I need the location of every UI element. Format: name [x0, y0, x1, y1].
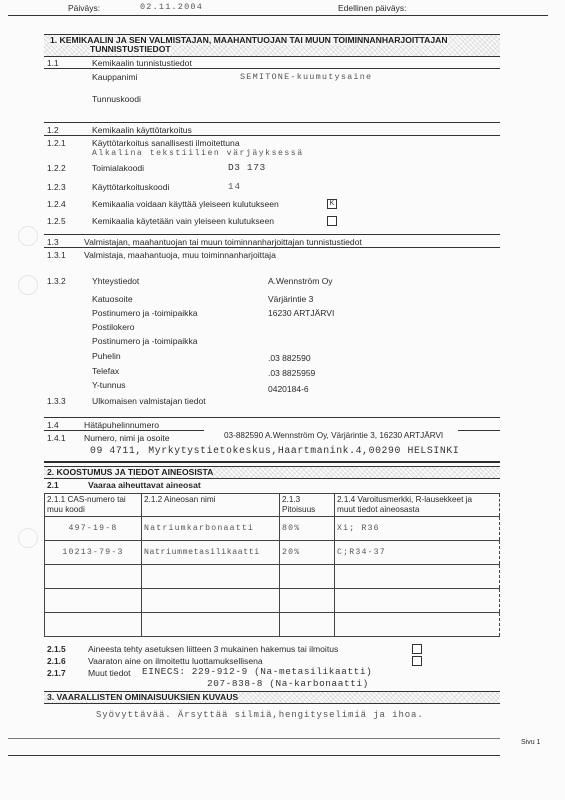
confidential-checkbox[interactable] [412, 656, 422, 666]
po-box-postal-code-label: Postinumero ja -toimipaikka [92, 336, 198, 346]
rule [44, 247, 500, 248]
previous-date-label: Edellinen päiväys: [338, 3, 407, 13]
trade-name-label: Kauppanimi [92, 72, 137, 82]
composition-table: 2.1.1 CAS-numero taimuu koodi 2.1.2 Aine… [44, 493, 500, 637]
street-address-label: Katuosoite [92, 294, 133, 304]
header-name: 2.1.2 Aineosan nimi [142, 494, 280, 517]
name-cell [142, 565, 280, 589]
trade-name-value: SEMITONE-kuumutysaine [240, 72, 372, 82]
section-number: 1.3.2 [47, 276, 66, 286]
section-1-title-line2: TUNNISTUSTIEDOT [90, 44, 171, 54]
header-text: muut tiedot aineosasta [337, 505, 497, 515]
section-number: 1.2.3 [47, 182, 66, 192]
name-cell [142, 613, 280, 637]
rule [44, 68, 500, 69]
section-number: 2.1.6 [47, 656, 66, 666]
postal-code-value: 16230 ARTJÄRVI [268, 308, 334, 318]
einecs-value-2: 207-838-8 (Na-karbonaatti) [207, 678, 369, 689]
section-2-banner: 2. KOOSTUMUS JA TIEDOT AINEOSISTA [44, 466, 500, 479]
punch-hole-mark [18, 528, 38, 548]
section-1-2-title: Kemikaalin käyttötarkoitus [92, 125, 192, 135]
section-2-1-title: Vaaraa aiheuttavat aineosat [88, 480, 201, 490]
header-text: 2.1.2 Aineosan nimi [144, 495, 277, 505]
concentration-cell [280, 565, 335, 589]
cas-cell [45, 565, 142, 589]
intended-use-label: Käyttötarkoitus sanallisesti ilmoitettun… [92, 138, 240, 148]
footer-rule [8, 755, 500, 756]
industry-code-label: Toimialakoodi [92, 163, 144, 173]
page-number: Sivu 1 [521, 739, 540, 746]
table-row [45, 613, 500, 637]
header-rule [8, 15, 548, 16]
industry-code-value: D3 173 [228, 162, 266, 173]
header-concentration: 2.1.3Pitoisuus [280, 494, 335, 517]
application-notice-label: Aineesta tehty asetuksen liitteen 3 muka… [88, 644, 338, 654]
section-number: 1.2.1 [47, 138, 66, 148]
cas-cell: 10213-79-3 [45, 541, 142, 565]
consumer-use-only-checkbox[interactable] [327, 216, 337, 226]
section-number: 1.3.1 [47, 250, 66, 260]
header-warnings: 2.1.4 Varoitusmerkki, R-lausekkeet jamuu… [335, 494, 500, 517]
warning-cell [335, 565, 500, 589]
contact-value: A.Wennström Oy [268, 276, 333, 286]
einecs-value-1: EINECS: 229-912-9 (Na-metasilikaatti) [142, 666, 372, 677]
punch-hole-mark [18, 226, 38, 246]
section-number: 2.1.5 [47, 644, 66, 654]
footer-rule [8, 738, 500, 739]
header-text: muu koodi [47, 505, 139, 515]
cas-cell: 497-19-8 [45, 517, 142, 541]
consumer-use-allowed-label: Kemikaalia voidaan käyttää yleiseen kulu… [92, 199, 279, 209]
section-2-title: 2. KOOSTUMUS JA TIEDOT AINEOSISTA [47, 467, 213, 477]
consumer-use-allowed-checkbox[interactable]: K [327, 199, 337, 209]
fax-label: Telefax [92, 366, 119, 376]
rule [44, 461, 500, 463]
foreign-manufacturer-label: Ulkomaisen valmistajan tiedot [92, 396, 206, 406]
section-number: 1.1 [47, 58, 59, 68]
section-number: 1.3.3 [47, 396, 66, 406]
header-text: 2.1.3 [282, 495, 332, 505]
application-notice-checkbox[interactable] [412, 644, 422, 654]
emergency-number-value-2: 09 4711, Myrkytystietokeskus,Haartmanink… [90, 445, 459, 456]
section-number: 1.3 [47, 237, 59, 247]
punch-hole-mark [18, 275, 38, 295]
name-cell: Natriumkarbonaatti [142, 517, 280, 541]
warning-cell [335, 589, 500, 613]
section-number: 1.4 [47, 420, 59, 430]
emergency-number-value-1: 03-882590 A.Wennström Oy, Värjärintie 3,… [224, 431, 443, 440]
emergency-number-label: Numero, nimi ja osoite [84, 433, 170, 443]
table-header-row: 2.1.1 CAS-numero taimuu koodi 2.1.2 Aine… [45, 494, 500, 517]
concentration-cell [280, 613, 335, 637]
header-text: 2.1.1 CAS-numero tai [47, 495, 139, 505]
postal-code-label: Postinumero ja -toimipaikka [92, 308, 198, 318]
table-row: 10213-79-3 Natriummetasilikaatti 20% C;R… [45, 541, 500, 565]
table-row [45, 565, 500, 589]
rule [458, 430, 500, 431]
po-box-label: Postilokero [92, 322, 135, 332]
table-row: 497-19-8 Natriumkarbonaatti 80% Xi; R36 [45, 517, 500, 541]
section-1-4-title: Hätäpuhelinnumero [84, 420, 159, 430]
concentration-cell: 20% [280, 541, 335, 565]
section-number: 1.2.4 [47, 199, 66, 209]
rule [44, 430, 204, 431]
business-id-label: Y-tunnus [92, 380, 126, 390]
warning-cell: Xi; R36 [335, 517, 500, 541]
intended-use-value: Alkalina tekstiilien värjäyksessä [92, 149, 304, 158]
header-text: 2.1.4 Varoitusmerkki, R-lausekkeet ja [337, 495, 497, 505]
table-row [45, 589, 500, 613]
section-number: 2.1.7 [47, 668, 66, 678]
date-value: 02.11.2004 [140, 2, 203, 12]
id-code-label: Tunnuskoodi [92, 94, 141, 104]
cas-cell [45, 589, 142, 613]
concentration-cell [280, 589, 335, 613]
rule [44, 417, 500, 418]
section-1-banner: 1. KEMIKAALIN JA SEN VALMISTAJAN, MAAHAN… [44, 34, 500, 57]
street-address-value: Värjärintie 3 [268, 294, 313, 304]
contact-label: Yhteystiedot [92, 276, 139, 286]
section-1-3-title: Valmistajan, maahantuojan tai muun toimi… [84, 237, 362, 247]
section-3-title: 3. VAARALLISTEN OMINAISUUKSIEN KUVAUS [47, 692, 238, 702]
header-cas: 2.1.1 CAS-numero taimuu koodi [45, 494, 142, 517]
section-number: 1.2.5 [47, 216, 66, 226]
rule [44, 122, 500, 123]
warning-cell [335, 613, 500, 637]
section-number: 1.2.2 [47, 163, 66, 173]
section-number: 2.1 [47, 480, 59, 490]
cas-cell [45, 613, 142, 637]
phone-label: Puhelin [92, 351, 121, 361]
warning-cell: C;R34-37 [335, 541, 500, 565]
other-info-label: Muut tiedot [88, 668, 131, 678]
use-code-label: Käyttötarkoituskoodi [92, 182, 169, 192]
header-text: Pitoisuus [282, 505, 332, 515]
manufacturer-label: Valmistaja, maahantuoja, muu toiminnanha… [84, 250, 276, 260]
consumer-use-only-label: Kemikaalia käytetään vain yleiseen kulut… [92, 216, 274, 226]
confidential-label: Vaaraton aine on ilmoitettu luottamuksel… [88, 656, 263, 666]
concentration-cell: 80% [280, 517, 335, 541]
section-1-1-title: Kemikaalin tunnistustiedot [92, 58, 192, 68]
section-3-banner: 3. VAARALLISTEN OMINAISUUKSIEN KUVAUS [44, 691, 500, 704]
business-id-value: 0420184-6 [268, 384, 309, 394]
use-code-value: 14 [228, 182, 241, 192]
name-cell: Natriummetasilikaatti [142, 541, 280, 565]
rule [44, 135, 500, 136]
section-number: 1.4.1 [47, 433, 66, 443]
date-label: Päiväys: [68, 3, 100, 13]
phone-value: .03 882590 [268, 353, 311, 363]
fax-value: .03 8825959 [268, 368, 315, 378]
hazard-description: Syövyttävää. Ärsyttää silmiä,hengityseli… [96, 710, 424, 720]
section-number: 1.2 [47, 125, 59, 135]
name-cell [142, 589, 280, 613]
rule [44, 234, 500, 235]
